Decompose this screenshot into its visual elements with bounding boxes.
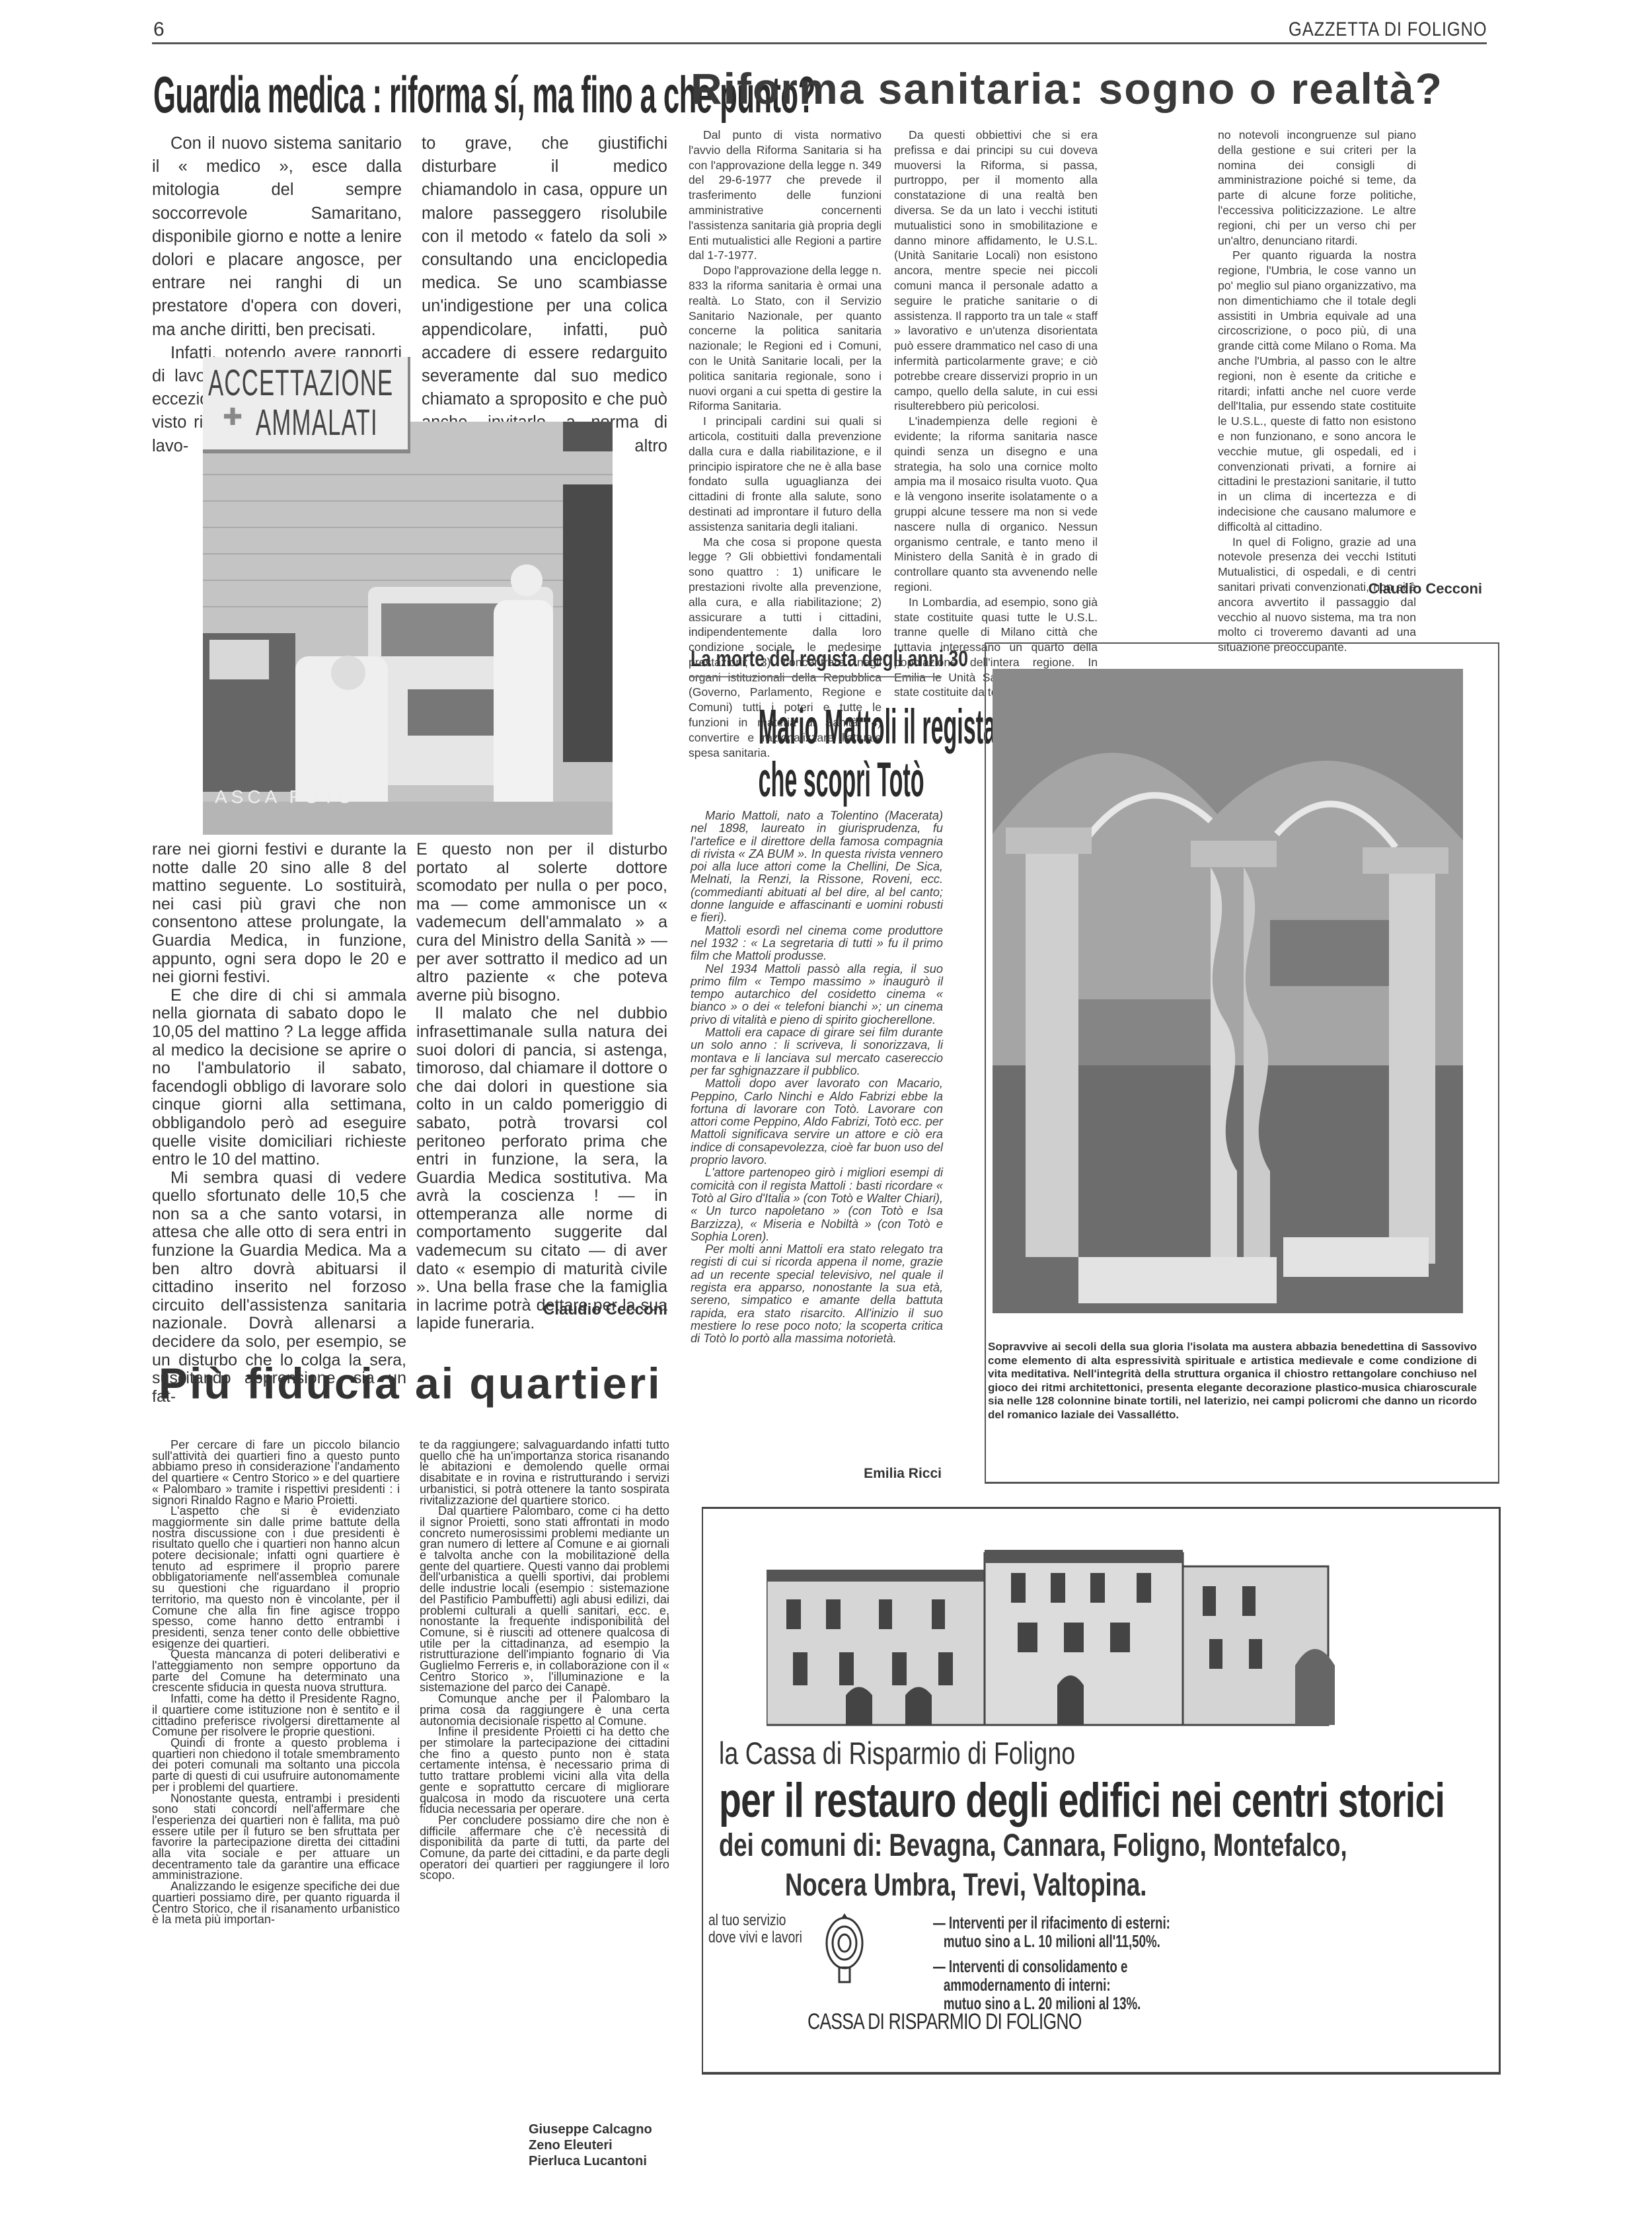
guardia-col2-bottom: E questo non per il disturbo portato al … xyxy=(416,841,667,1333)
riforma-col2: Da questi obbiettivi che si era prefissa… xyxy=(894,128,1098,700)
paragraph: L'aspetto che si è evidenziato maggiorme… xyxy=(152,1506,400,1649)
guardia-byline: Claudio Cecconi xyxy=(423,1301,667,1319)
byline: Pierluca Lucantoni xyxy=(529,2153,669,2169)
paragraph: E che dire di chi si ammala nella giorna… xyxy=(152,987,406,1169)
ad-slogan: al tuo servizio dove vivi e lavori xyxy=(708,1912,802,1946)
paragraph: te da raggiungere; salvaguardando infatt… xyxy=(420,1439,669,1506)
paragraph: Infatti, come ha detto il Presidente Rag… xyxy=(152,1693,400,1738)
paragraph: Con il nuovo sistema sanitario il « medi… xyxy=(152,132,402,342)
paragraph: E questo non per il disturbo portato al … xyxy=(416,841,667,1005)
paragraph: Dal punto di vista normativo l'avvio del… xyxy=(689,128,882,263)
paragraph: Questa mancanza di poteri deliberativi e… xyxy=(152,1649,400,1693)
paragraph: Mattoli era capace di girare sei film du… xyxy=(691,1026,943,1077)
historic-buildings-drawing xyxy=(767,1547,1341,1732)
quartieri-col1: Per cercare di fare un piccolo bilancio … xyxy=(152,1439,400,1925)
riforma-col3: no notevoli incongruenze sul piano della… xyxy=(1218,128,1416,655)
mattoli-headline-line1: Mario Mattoli il regista xyxy=(759,701,874,753)
paragraph: Nel 1934 Mattoli passò alla regia, il su… xyxy=(691,963,943,1026)
quartieri-headline: Più fiducia ai quartieri xyxy=(159,1358,662,1408)
buildings-illustration-icon xyxy=(767,1547,1341,1732)
paragraph: Mario Mattoli, nato a Tolentino (Macerat… xyxy=(691,810,943,925)
accettazione-sign: ACCETTAZIONE ✚ AMMALATI xyxy=(203,357,410,453)
header-rule xyxy=(152,42,1487,44)
photo-credit: ASCA FOTO xyxy=(215,786,356,808)
mattoli-kicker-wrap: La morte del regista degli anni 30 xyxy=(691,646,942,677)
paragraph: Mattoli dopo aver lavorato con Macario, … xyxy=(691,1077,943,1167)
ad-line3: dei comuni di: Bevagna, Cannara, Foligno… xyxy=(719,1827,1347,1864)
paragraph: L'attore partenopeo girò i migliori esem… xyxy=(691,1167,943,1243)
paragraph: Per concludere possiamo dire che non è d… xyxy=(420,1815,669,1881)
paragraph: Nonostante questa, entrambi i presidenti… xyxy=(152,1793,400,1882)
ad-offers: — Interventi per il rifacimento di ester… xyxy=(933,1913,1170,2012)
offer2-title: — Interventi di consolidamento e xyxy=(933,1957,1170,1975)
sign-line2: AMMALATI xyxy=(256,401,378,443)
riforma-sanitaria-headline: Riforma sanitaria: sogno o realtà? xyxy=(691,63,1443,114)
offer2-title2: ammodernamento di interni: xyxy=(933,1975,1170,1994)
ad-line4: Nocera Umbra, Trevi, Valtopina. xyxy=(785,1867,1146,1903)
cloister-arches-icon xyxy=(993,669,1463,1313)
mattoli-kicker: La morte del regista degli anni 30 xyxy=(691,646,968,672)
paragraph: Comunque anche per il Palombaro la prima… xyxy=(420,1693,669,1726)
byline: Zeno Eleuteri xyxy=(529,2137,669,2153)
newspaper-name: GAZZETTA DI FOLIGNO xyxy=(1289,19,1487,41)
quartieri-bylines: Giuseppe Calcagno Zeno Eleuteri Pierluca… xyxy=(529,2122,669,2169)
sign-line1: ACCETTAZIONE xyxy=(208,361,393,404)
cloister-photo xyxy=(993,669,1463,1313)
ad-logo-text: CASSA DI RISPARMIO DI FOLIGNO xyxy=(807,2009,1082,2035)
paragraph: Dopo l'approvazione della legge n. 833 l… xyxy=(689,263,882,414)
mattoli-headline: Mario Mattoli il regista che scoprì Totò xyxy=(691,701,942,806)
paragraph: Analizzando le esigenze specifiche dei d… xyxy=(152,1881,400,1925)
ad-line2: per il restauro degli edifici nei centri… xyxy=(719,1773,1445,1828)
byline: Giuseppe Calcagno xyxy=(529,2122,669,2137)
slogan-line1: al tuo servizio xyxy=(708,1912,802,1929)
offer1-terms: mutuo sino a L. 10 milioni all'11,50%. xyxy=(933,1932,1170,1950)
guardia-col1-bottom: rare nei giorni festivi e durante la not… xyxy=(152,841,406,1406)
ad-line1: la Cassa di Risparmio di Foligno xyxy=(719,1735,1075,1771)
paragraph: Infine il presidente Proietti ci ha dett… xyxy=(420,1726,669,1815)
section-rule xyxy=(985,1482,1499,1484)
paragraph: L'inadempienza delle regioni è evidente;… xyxy=(894,414,1098,595)
mattoli-body: Mario Mattoli, nato a Tolentino (Macerat… xyxy=(691,810,943,1345)
mattoli-headline-line2: che scoprì Totò xyxy=(759,753,874,806)
ambulance-scene-icon xyxy=(203,422,613,835)
paragraph: no notevoli incongruenze sul piano della… xyxy=(1218,128,1416,248)
offer1-title: — Interventi per il rifacimento di ester… xyxy=(933,1913,1170,1932)
bank-logo-icon xyxy=(825,1913,864,1986)
mattoli-byline: Emilia Ricci xyxy=(691,1466,942,1482)
paragraph: Per quanto riguarda la nostra regione, l… xyxy=(1218,248,1416,534)
slogan-line2: dove vivi e lavori xyxy=(708,1929,802,1946)
paragraph: I principali cardini sui quali si artico… xyxy=(689,414,882,534)
sassovivo-caption: Sopravvive ai secoli della sua gloria l'… xyxy=(988,1340,1477,1422)
paragraph: rare nei giorni festivi e durante la not… xyxy=(152,841,406,987)
paragraph: Mattoli esordì nel cinema come produttor… xyxy=(691,925,943,963)
quartieri-col2: te da raggiungere; salvaguardando infatt… xyxy=(420,1439,669,1881)
red-cross-icon: ✚ xyxy=(223,403,243,431)
paragraph: Da questi obbiettivi che si era prefissa… xyxy=(894,128,1098,414)
page-number: 6 xyxy=(153,19,165,41)
paragraph: Per cercare di fare un piccolo bilancio … xyxy=(152,1439,400,1506)
riforma-byline: Claudio Cecconi xyxy=(1218,580,1482,597)
paragraph: Per molti anni Mattoli era stato relegat… xyxy=(691,1243,943,1345)
paragraph: Il malato che nel dubbio infrasettimanal… xyxy=(416,1005,667,1333)
paragraph: Dal quartiere Palombaro, come ci ha dett… xyxy=(420,1506,669,1693)
ambulance-photo: ASCA FOTO xyxy=(203,422,613,835)
paragraph: Quindi di fronte a questo problema i qua… xyxy=(152,1738,400,1793)
